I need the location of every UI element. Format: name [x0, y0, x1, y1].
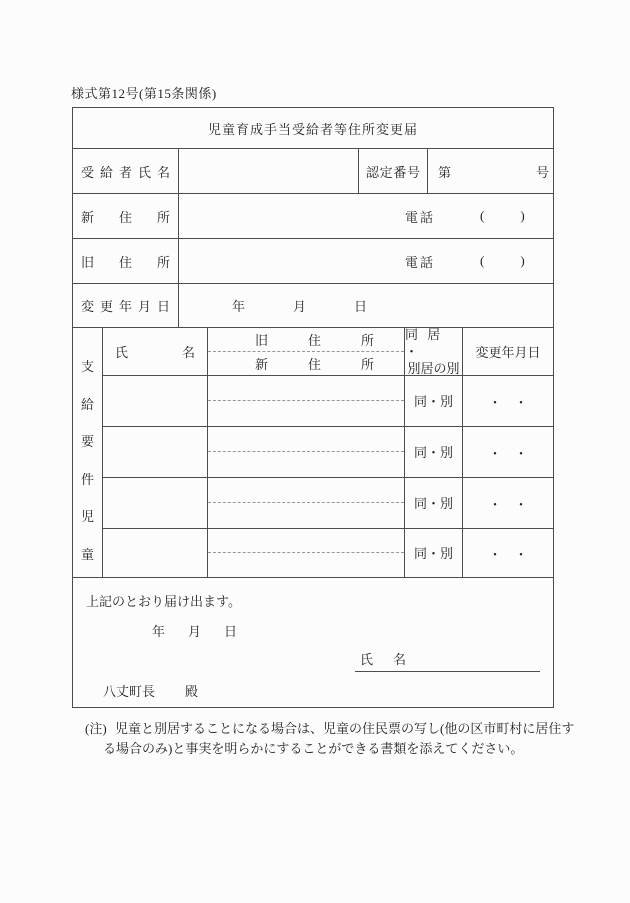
children-header-name: 氏名 — [103, 328, 208, 375]
child-row: 同・別 ・ ・ — [103, 376, 553, 427]
child-change-date-cell: ・ ・ — [463, 529, 553, 577]
footnote: (注) 児童と別居することになる場合は、児童の住民票の写し(他の区市町村に居住す… — [85, 719, 574, 759]
signature-name-label: 氏 — [360, 649, 373, 668]
phone-paren-close: ) — [520, 208, 524, 224]
form-title: 児童育成手当受給者等住所変更届 — [208, 119, 418, 138]
new-address-label: 新住所 — [73, 194, 179, 238]
child-row: 同・別 ・ ・ — [103, 529, 553, 577]
recipient-name-label: 受給者氏名 — [73, 149, 179, 193]
month-label: 月 — [188, 621, 201, 640]
phone-label: 電話 — [405, 252, 435, 271]
honorific: 殿 — [185, 681, 198, 700]
closing-date-line: 年 月 日 — [152, 621, 237, 640]
cert-number-suffix: 号 — [536, 162, 549, 181]
children-header-new-address: 新住所 — [208, 354, 404, 373]
old-address-label: 旧住所 — [73, 239, 179, 283]
children-header-address: 旧住所 新住所 — [208, 328, 405, 375]
cert-number-prefix: 第 — [438, 162, 451, 181]
children-table-grid: 氏名 旧住所 新住所 同 居 ・ 別居の別 変更年月日 同・別 ・ ・ — [103, 328, 553, 577]
phone-paren-open: ( — [480, 208, 484, 224]
recipient-name-value-cell — [179, 149, 359, 193]
old-address-phone: 電話 ( ) — [405, 252, 525, 271]
child-cohabit-cell: 同・別 — [405, 427, 463, 477]
children-vertical-label: 支給要件児童 — [73, 328, 103, 577]
signature-line: 氏 名 — [355, 649, 540, 672]
form-number: 様式第12号(第15条関係) — [71, 83, 217, 102]
old-address-row: 旧住所 電話 ( ) — [73, 239, 553, 284]
addressee-line: 八丈町長 殿 — [103, 681, 198, 700]
change-date-row: 変更年月日 年 月 日 — [73, 284, 553, 328]
footnote-line-2: る場合のみ)と事実を明らかにすることができる書類を添えてください。 — [103, 739, 574, 759]
new-address-value-cell: 電話 ( ) — [179, 194, 553, 238]
addressee: 八丈町長 — [103, 681, 155, 700]
child-name-cell — [103, 376, 208, 426]
recipient-row: 受給者氏名 認定番号 第 号 — [73, 149, 553, 194]
children-table-header: 氏名 旧住所 新住所 同 居 ・ 別居の別 変更年月日 — [103, 328, 553, 376]
child-address-cell — [208, 376, 405, 426]
phone-label: 電話 — [405, 207, 435, 226]
child-name-cell — [103, 478, 208, 528]
new-address-phone: 電話 ( ) — [405, 207, 525, 226]
child-name-cell — [103, 427, 208, 477]
month-label: 月 — [293, 296, 306, 315]
year-label: 年 — [232, 296, 245, 315]
closing-declaration: 上記のとおり届け出ます。 — [86, 591, 241, 610]
cert-number-label: 認定番号 — [359, 149, 428, 193]
year-label: 年 — [152, 621, 165, 640]
change-date-value-cell: 年 月 日 — [179, 284, 553, 327]
children-header-change-date: 変更年月日 — [463, 328, 553, 375]
phone-paren-open: ( — [480, 253, 484, 269]
child-change-date-cell: ・ ・ — [463, 376, 553, 426]
closing-block: 上記のとおり届け出ます。 年 月 日 氏 名 八丈町長 殿 — [73, 578, 553, 707]
child-address-cell — [208, 427, 405, 477]
child-cohabit-cell: 同・別 — [405, 529, 463, 577]
child-address-cell — [208, 529, 405, 577]
footnote-label: (注) — [85, 719, 107, 739]
change-date-label: 変更年月日 — [73, 284, 179, 327]
child-row: 同・別 ・ ・ — [103, 478, 553, 529]
children-table: 支給要件児童 氏名 旧住所 新住所 同 居 ・ 別居の別 変更年月日 — [73, 328, 553, 578]
children-header-old-address: 旧住所 — [208, 330, 404, 349]
child-cohabit-cell: 同・別 — [405, 376, 463, 426]
new-address-row: 新住所 電話 ( ) — [73, 194, 553, 239]
child-name-cell — [103, 529, 208, 577]
child-cohabit-cell: 同・別 — [405, 478, 463, 528]
phone-paren-close: ) — [520, 253, 524, 269]
child-row: 同・別 ・ ・ — [103, 427, 553, 478]
form-title-row: 児童育成手当受給者等住所変更届 — [73, 108, 553, 149]
footnote-text: 児童と別居することになる場合は、児童の住民票の写し(他の区市町村に居住す る場合… — [103, 719, 574, 759]
day-label: 日 — [224, 621, 237, 640]
child-address-cell — [208, 478, 405, 528]
signature-name-label: 名 — [393, 649, 406, 668]
form-box: 児童育成手当受給者等住所変更届 受給者氏名 認定番号 第 号 新住所 電話 ( … — [72, 107, 554, 708]
cert-number-value-cell: 第 号 — [428, 149, 553, 193]
child-change-date-cell: ・ ・ — [463, 427, 553, 477]
old-address-value-cell: 電話 ( ) — [179, 239, 553, 283]
children-header-cohabit: 同 居 ・ 別居の別 — [405, 328, 463, 375]
footnote-line-1: 児童と別居することになる場合は、児童の住民票の写し(他の区市町村に居住す — [103, 719, 574, 739]
child-change-date-cell: ・ ・ — [463, 478, 553, 528]
day-label: 日 — [354, 296, 367, 315]
